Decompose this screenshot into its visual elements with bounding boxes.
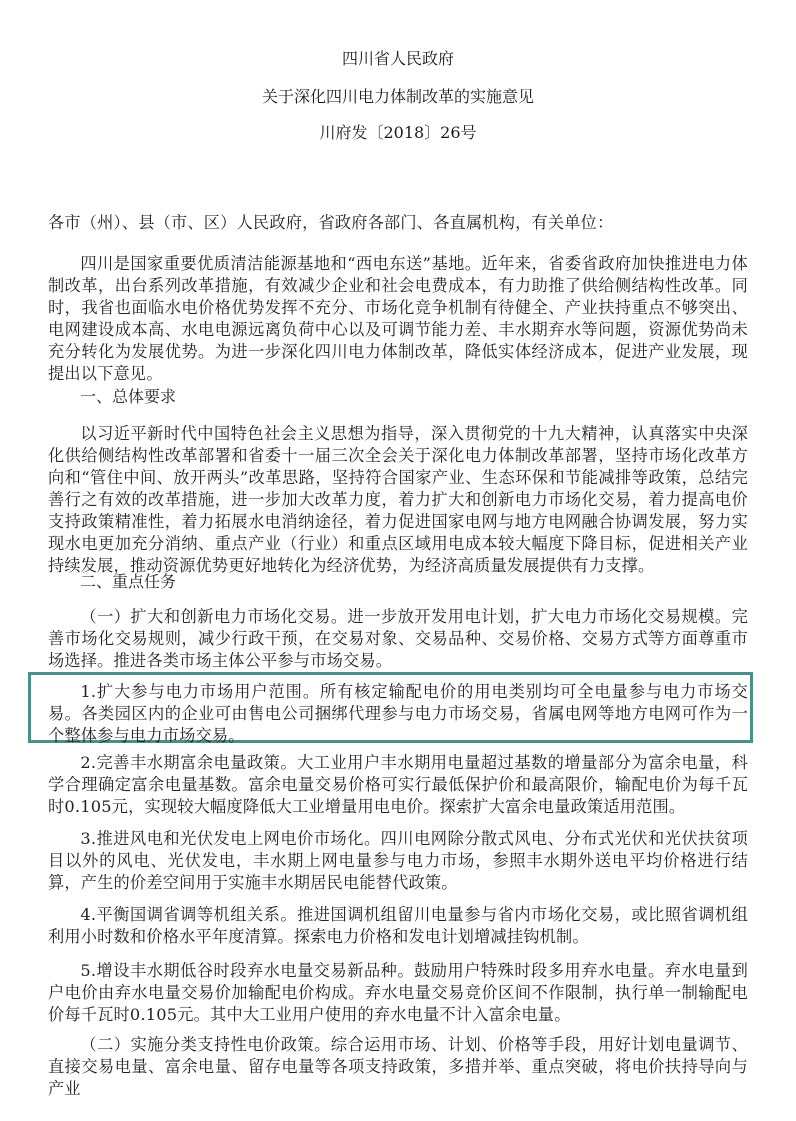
item-5-text: 5.增设丰水期低谷时段弃水电量交易新品种。鼓励用户特殊时段多用弃水电量。弃水电量… — [48, 960, 748, 1026]
item-3-text: 3.推进风电和光伏发电上网电价市场化。四川电网除分散式风电、分布式光伏和光伏扶贫… — [48, 828, 748, 894]
item-1: 1.扩大参与电力市场用户范围。所有核定输配电价的用电类别均可全电量参与电力市场交… — [48, 681, 748, 747]
subsection-1: （一）扩大和创新电力市场化交易。进一步放开发用电计划，扩大电力市场化交易规模。完… — [48, 606, 748, 672]
section-heading-1: 一、总体要求 — [80, 384, 176, 407]
item-4: 4.平衡国调省调等机组关系。推进国调机组留川电量参与省内市场化交易，或比照省调机… — [48, 904, 748, 948]
subsection-1-text: （一）扩大和创新电力市场化交易。进一步放开发用电计划，扩大电力市场化交易规模。完… — [48, 606, 748, 672]
item-2-text: 2.完善丰水期富余电量政策。大工业用户丰水期用电量超过基数的增量部分为富余电量，… — [48, 752, 748, 818]
intro-paragraph: 四川是国家重要优质清洁能源基地和“西电东送”基地。近年来，省委省政府加快推进电力… — [48, 253, 748, 385]
issuer: 四川省人民政府 — [0, 46, 796, 69]
intro-text: 四川是国家重要优质清洁能源基地和“西电东送”基地。近年来，省委省政府加快推进电力… — [48, 253, 748, 385]
salutation-text: 各市（州）、县（市、区）人民政府，省政府各部门、各直属机构，有关单位： — [48, 212, 748, 234]
salutation: 各市（州）、县（市、区）人民政府，省政府各部门、各直属机构，有关单位： — [48, 212, 748, 234]
item-5: 5.增设丰水期低谷时段弃水电量交易新品种。鼓励用户特殊时段多用弃水电量。弃水电量… — [48, 960, 748, 1026]
item-4-text: 4.平衡国调省调等机组关系。推进国调机组留川电量参与省内市场化交易，或比照省调机… — [48, 904, 748, 948]
item-3: 3.推进风电和光伏发电上网电价市场化。四川电网除分散式风电、分布式光伏和光伏扶贫… — [48, 828, 748, 894]
item-2: 2.完善丰水期富余电量政策。大工业用户丰水期用电量超过基数的增量部分为富余电量，… — [48, 752, 748, 818]
document-title: 关于深化四川电力体制改革的实施意见 — [0, 84, 796, 107]
subsection-2: （二）实施分类支持性电价政策。综合运用市场、计划、价格等手段，用好计划电量调节、… — [48, 1034, 748, 1100]
item-1-text: 1.扩大参与电力市场用户范围。所有核定输配电价的用电类别均可全电量参与电力市场交… — [48, 681, 748, 747]
document-number: 川府发〔2018〕26号 — [0, 120, 796, 143]
highlight-box: 1.扩大参与电力市场用户范围。所有核定输配电价的用电类别均可全电量参与电力市场交… — [28, 672, 753, 743]
section-heading-2: 二、重点任务 — [80, 569, 176, 592]
section-1-body: 以习近平新时代中国特色社会主义思想为指导，深入贯彻党的十九大精神，认真落实中央深… — [48, 423, 748, 577]
subsection-2-text: （二）实施分类支持性电价政策。综合运用市场、计划、价格等手段，用好计划电量调节、… — [48, 1034, 748, 1100]
section-1-text: 以习近平新时代中国特色社会主义思想为指导，深入贯彻党的十九大精神，认真落实中央深… — [48, 423, 748, 577]
document-page: 四川省人民政府 关于深化四川电力体制改革的实施意见 川府发〔2018〕26号 各… — [0, 0, 796, 1121]
